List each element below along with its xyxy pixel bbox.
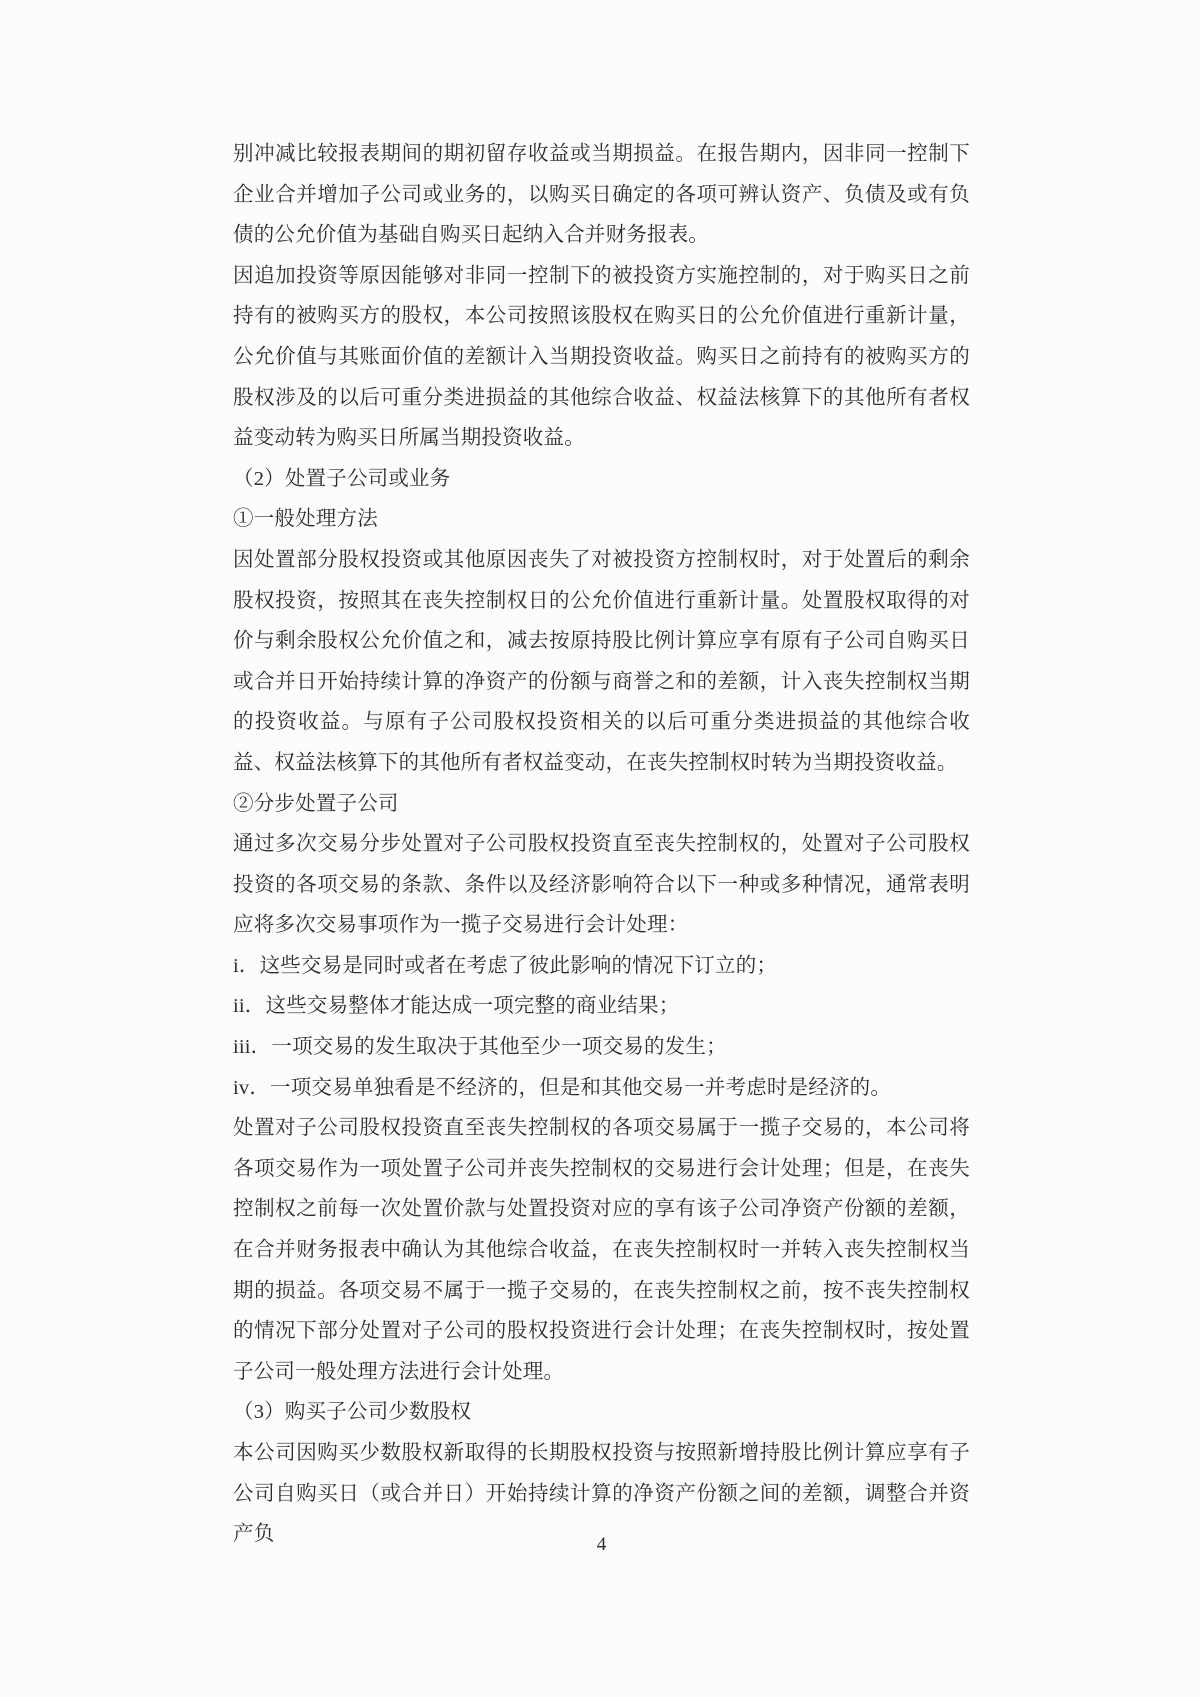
paragraph: 因追加投资等原因能够对非同一控制下的被投资方实施控制的，对于购买日之前持有的被购… (233, 256, 970, 459)
paragraph: 因处置部分股权投资或其他原因丧失了对被投资方控制权时，对于处置后的剩余股权投资，… (233, 540, 970, 784)
sub-section-heading: ②分步处置子公司 (233, 784, 970, 825)
list-item: ii．这些交易整体才能达成一项完整的商业结果； (233, 986, 970, 1027)
list-item: iv．一项交易单独看是不经济的，但是和其他交易一并考虑时是经济的。 (233, 1068, 970, 1109)
section-heading: （2）处置子公司或业务 (233, 459, 970, 500)
document-page: 别冲减比较报表期间的期初留存收益或当期损益。在报告期内，因非同一控制下企业合并增… (0, 0, 1200, 1697)
paragraph: 处置对子公司股权投资直至丧失控制权的各项交易属于一揽子交易的，本公司将各项交易作… (233, 1108, 970, 1392)
page-body: 别冲减比较报表期间的期初留存收益或当期损益。在报告期内，因非同一控制下企业合并增… (233, 134, 970, 1555)
list-item: iii．一项交易的发生取决于其他至少一项交易的发生； (233, 1027, 970, 1068)
section-heading: （3）购买子公司少数股权 (233, 1392, 970, 1433)
list-item: i．这些交易是同时或者在考虑了彼此影响的情况下订立的； (233, 946, 970, 987)
paragraph: 别冲减比较报表期间的期初留存收益或当期损益。在报告期内，因非同一控制下企业合并增… (233, 134, 970, 256)
page-number: 4 (233, 1531, 970, 1559)
paragraph: 通过多次交易分步处置对子公司股权投资直至丧失控制权的，处置对子公司股权投资的各项… (233, 824, 970, 946)
sub-section-heading: ①一般处理方法 (233, 499, 970, 540)
